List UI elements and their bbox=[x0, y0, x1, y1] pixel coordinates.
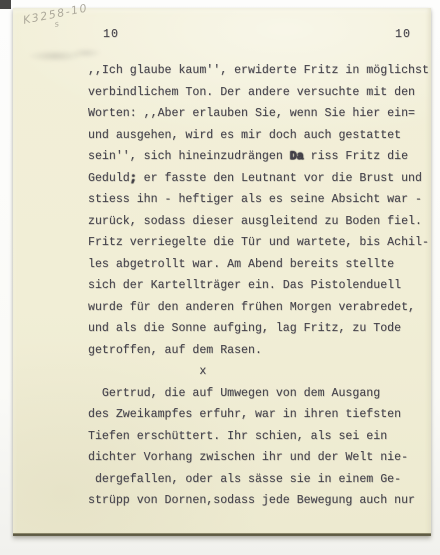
typescript-line: sich der Kartellträger ein. Das Pistolen… bbox=[88, 275, 431, 297]
page-number-right: 10 bbox=[395, 28, 411, 41]
pencil-smudge bbox=[27, 50, 83, 62]
typescript-line: getroffen, auf dem Rasen. bbox=[88, 340, 431, 362]
typescript-line: dergefallen, oder als sässe sie in einem… bbox=[88, 469, 431, 491]
typescript-line: und als die Sonne aufging, lag Fritz, zu… bbox=[88, 318, 431, 340]
typescript-line: Worten: ,,Aber erlauben Sie, wenn Sie hi… bbox=[88, 103, 431, 125]
typescript-line: wurde für den anderen frühen Morgen vera… bbox=[88, 297, 431, 319]
photo-background: K3258-10 s 10 10 ,,Ich glaube kaum'', er… bbox=[0, 0, 440, 555]
archive-code-annotation: K3258-10 s bbox=[22, 1, 89, 26]
typescript-line: strüpp von Dornen,sodass jede Bewegung a… bbox=[88, 490, 431, 512]
archive-code-sub-mark: s bbox=[54, 19, 60, 29]
typescript-line: dichter Vorhang zwischen ihr und der Wel… bbox=[88, 447, 431, 469]
paper-bottom-edge bbox=[13, 533, 431, 536]
manuscript-page: K3258-10 s 10 10 ,,Ich glaube kaum'', er… bbox=[13, 8, 431, 536]
typescript-line: ,,Ich glaube kaum'', erwiderte Fritz in … bbox=[88, 60, 431, 82]
overstruck-text: Da bbox=[290, 150, 304, 163]
overstruck-text: ; bbox=[130, 172, 137, 185]
typescript-body: ,,Ich glaube kaum'', erwiderte Fritz in … bbox=[88, 60, 431, 512]
page-number-left: 10 bbox=[103, 28, 119, 41]
typescript-line: sein'', sich hineinzudrängen Da riss Fri… bbox=[88, 146, 431, 168]
typescript-line: Geduld; er fasste den Leutnant vor die B… bbox=[88, 168, 431, 190]
typescript-line: les abgetrollt war. Am Abend bereits ste… bbox=[88, 254, 431, 276]
typescript-line: Gertrud, die auf Umwegen von dem Ausgang bbox=[88, 383, 431, 405]
typescript-line: Tiefen erschüttert. Ihr schien, als sei … bbox=[88, 426, 431, 448]
typescript-line: verbindlichem Ton. Der andere versuchte … bbox=[88, 82, 431, 104]
typescript-line: zurück, sodass dieser ausgleitend zu Bod… bbox=[88, 211, 431, 233]
typescript-line: und ausgehen, wird es mir doch auch gest… bbox=[88, 125, 431, 147]
pencil-smudge bbox=[71, 48, 101, 58]
typescript-line: stiess ihn - heftiger als es seine Absic… bbox=[88, 189, 431, 211]
typescript-line: des Zweikampfes erfuhr, war in ihren tie… bbox=[88, 404, 431, 426]
typescript-line: Fritz verriegelte die Tür und wartete, b… bbox=[88, 232, 431, 254]
section-break-mark: x bbox=[88, 361, 431, 383]
corner-dark-mark bbox=[0, 0, 11, 9]
